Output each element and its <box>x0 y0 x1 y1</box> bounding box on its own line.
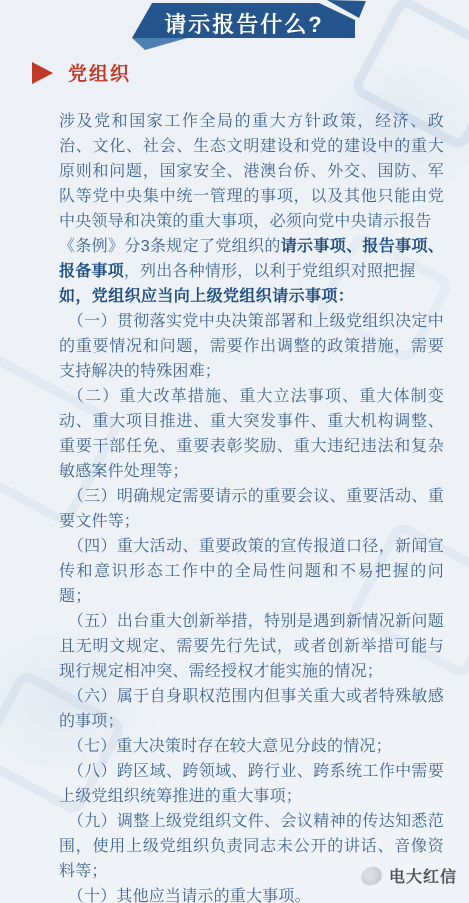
list-item: （四）重大活动、重要政策的宣传报道口径，新闻宣传和意识形态工作中的全局性问题和不… <box>59 534 444 609</box>
list-item: （五）出台重大创新举措，特别是遇到新情况新问题且无明文规定、需要先行先试，或者创… <box>59 609 444 684</box>
list-item: （二）重大改革措施、重大立法事项、重大体制变动、重大项目推进、重大突发事件、重大… <box>59 384 444 484</box>
list-item: （三）明确规定需要请示的重要会议、重要活动、重要文件等； <box>59 484 444 534</box>
brand-logo-icon <box>359 865 383 887</box>
arrow-right-icon <box>32 62 53 84</box>
lead-line: 如，党组织应当向上级党组织请示事项： <box>59 284 444 309</box>
list-item: （六）属于自身职权范围内但事关重大或者特殊敏感的事项； <box>59 684 444 734</box>
intro-paragraph: 涉及党和国家工作全局的重大方针政策，经济、政治、文化、社会、生态文明建设和党的建… <box>59 109 444 234</box>
provision-suffix: ，列出各种情形，以利于党组织对照把握 <box>124 263 416 280</box>
provision-prefix: 《条例》分3条规定了党组织的 <box>59 238 281 255</box>
banner-title: 请示报告什么? <box>135 7 353 39</box>
list-item: （八）跨区域、跨领域、跨行业、跨系统工作中需要上级党组织统筹推进的重大事项； <box>59 759 444 809</box>
article-page: 请示报告什么? 党组织 涉及党和国家工作全局的重大方针政策，经济、政治、文化、社… <box>0 0 469 903</box>
items-list: （一）贯彻落实党中央决策部署和上级党组织决定中的重要情况和问题，需要作出调整的政… <box>59 309 444 903</box>
brand-name: 电大红信 <box>389 864 457 887</box>
title-banner: 请示报告什么? <box>117 0 369 54</box>
brand-watermark: 电大红信 <box>361 864 457 887</box>
list-item: （一）贯彻落实党中央决策部署和上级党组织决定中的重要情况和问题，需要作出调整的政… <box>59 309 444 384</box>
section-title: 党组织 <box>68 59 131 86</box>
article-content: 涉及党和国家工作全局的重大方针政策，经济、政治、文化、社会、生态文明建设和党的建… <box>59 109 444 903</box>
section-header: 党组织 <box>32 59 131 86</box>
list-item: （七）重大决策时存在较大意见分歧的情况； <box>59 734 444 759</box>
provision-paragraph: 《条例》分3条规定了党组织的请示事项、报告事项、报备事项，列出各种情形，以利于党… <box>59 234 444 284</box>
